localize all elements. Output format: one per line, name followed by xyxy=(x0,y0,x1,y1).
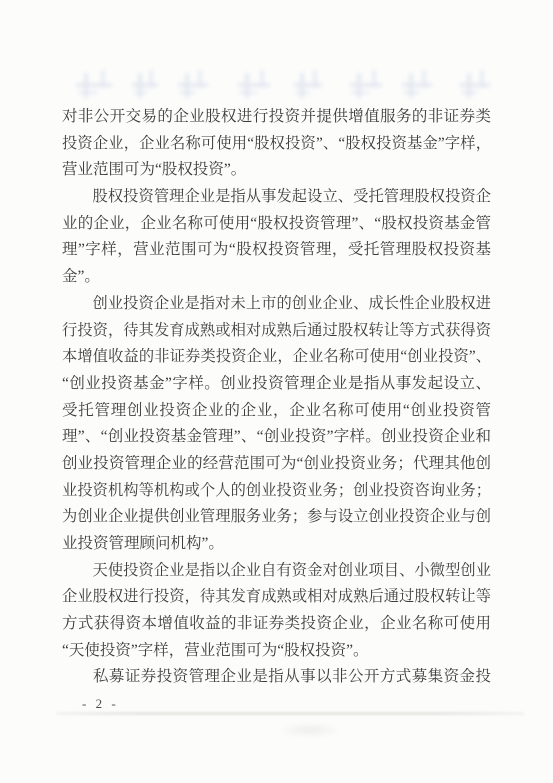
text-line: 金”。 xyxy=(62,264,491,291)
text-line: 股权投资管理企业是指从事发起设立、受托管理股权投资企 xyxy=(62,184,491,211)
text-line: 创业投资管理企业的经营范围可为“创业投资业务；代理其他创 xyxy=(62,451,491,478)
text-line: 业投资管理顾问机构”。 xyxy=(62,531,491,558)
text-line: 行投资，待其发育成熟或相对成熟后通过股权转让等方式获得资 xyxy=(62,318,491,345)
text-line: 投资企业，企业名称可使用“股权投资”、“股权投资基金”字样， xyxy=(62,131,491,158)
text-line: 私募证券投资管理企业是指从事以非公开方式募集资金投 xyxy=(62,664,491,691)
text-line: 创业投资企业是指对未上市的创业企业、成长性企业股权进 xyxy=(62,291,491,318)
text-line: 业的企业，企业名称可使用“股权投资管理”、“股权投资基金管 xyxy=(62,211,491,238)
watermark-fragment xyxy=(76,70,112,98)
text-line: 企业股权进行投资，待其发育成熟或相对成熟后通过股权转让等 xyxy=(62,584,491,611)
watermark-fragment xyxy=(402,70,432,98)
watermark xyxy=(62,68,494,102)
watermark-fragment xyxy=(350,70,382,98)
text-line: 营业范围可为“股权投资”。 xyxy=(62,157,491,184)
page-number: - 2 - xyxy=(82,696,119,712)
watermark-fragment xyxy=(294,70,322,98)
watermark-fragment xyxy=(178,70,208,98)
text-line: “天使投资”字样，营业范围可为“股权投资”。 xyxy=(62,638,491,665)
text-line: 理”字样，营业范围可为“股权投资管理，受托管理股权投资基 xyxy=(62,237,491,264)
watermark-fragment xyxy=(238,70,270,98)
scanned-document-page: 对非公开交易的企业股权进行投资并提供增值服务的非证券类 投资企业，企业名称可使用… xyxy=(0,0,553,783)
text-line: 本增值收益的非证券类投资企业，企业名称可使用“创业投资”、 xyxy=(62,344,491,371)
text-line: 理”、“创业投资基金管理”、“创业投资”字样。创业投资企业和 xyxy=(62,424,491,451)
text-line: 为创业企业提供创业管理服务业务；参与设立创业投资企业与创 xyxy=(62,504,491,531)
document-body: 对非公开交易的企业股权进行投资并提供增值服务的非证券类 投资企业，企业名称可使用… xyxy=(62,104,491,691)
text-line: 业投资机构等机构或个人的创业投资业务；创业投资咨询业务； xyxy=(62,478,491,505)
text-line: 对非公开交易的企业股权进行投资并提供增值服务的非证券类 xyxy=(62,104,491,131)
text-line: 天使投资企业是指以企业自有资金对创业项目、小微型创业 xyxy=(62,558,491,585)
scan-smudge xyxy=(278,722,342,738)
text-line: “创业投资基金”字样。创业投资管理企业是指从事发起设立、 xyxy=(62,371,491,398)
scan-edge-shadow xyxy=(56,712,524,715)
watermark-fragment xyxy=(460,70,490,98)
watermark-fragment xyxy=(132,70,158,98)
text-line: 受托管理创业投资企业的企业，企业名称可使用“创业投资管 xyxy=(62,398,491,425)
text-line: 方式获得资本增值收益的非证券类投资企业，企业名称可使用 xyxy=(62,611,491,638)
